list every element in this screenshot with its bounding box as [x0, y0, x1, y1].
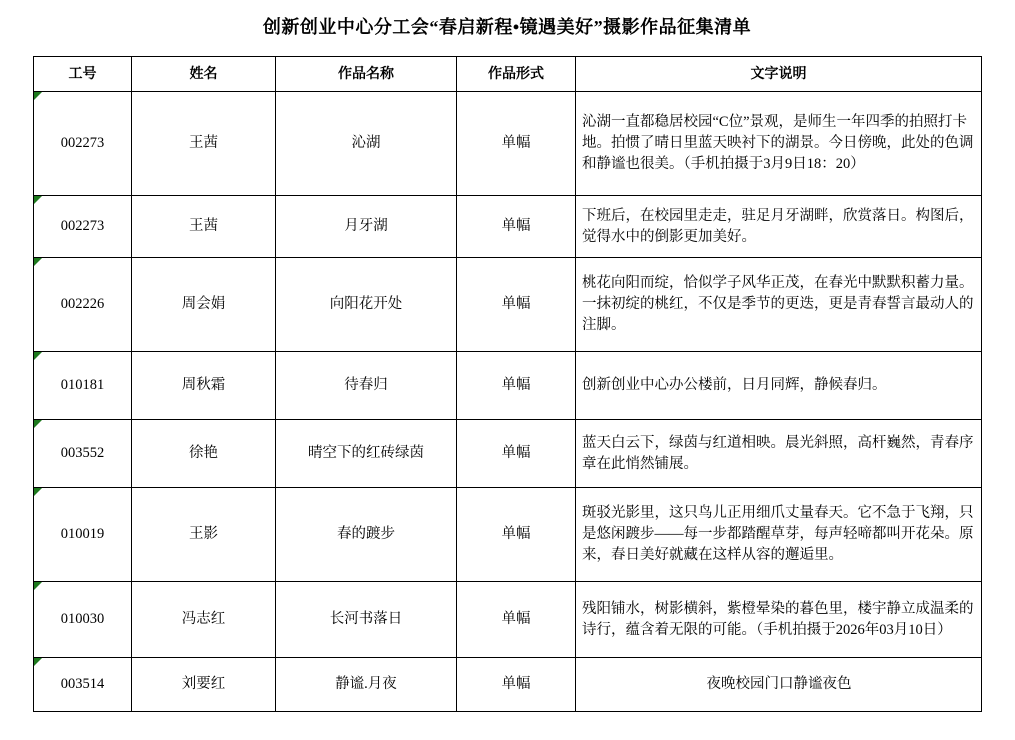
description-cell-text: 蓝天白云下，绿茵与红道相映。晨光斜照，高杆巍然，青春序章在此悄然铺展。 — [582, 435, 974, 472]
work-form-cell-text: 单幅 — [502, 526, 531, 542]
description-cell-text: 残阳铺水，树影横斜，紫橙晕染的暮色里，楼宇静立成温柔的诗行，蕴含着无限的可能。（… — [582, 601, 974, 638]
employee-id-cell: 010019 — [34, 488, 132, 582]
employee-id-cell-text: 010030 — [61, 611, 105, 627]
author-name-cell-text: 刘要红 — [182, 676, 226, 692]
description-cell: 残阳铺水，树影横斜，紫橙晕染的暮色里，楼宇静立成温柔的诗行，蕴含着无限的可能。（… — [576, 582, 982, 658]
employee-id-cell-text: 003552 — [61, 445, 105, 461]
employee-id-cell: 002273 — [34, 196, 132, 258]
table-header: 工号 姓名 作品名称 作品形式 文字说明 — [34, 57, 982, 92]
description-cell: 斑驳光影里，这只鸟儿正用细爪丈量春天。它不急于飞翔，只是悠闲踱步——每一步都踏醒… — [576, 488, 982, 582]
work-title-cell: 沁湖 — [276, 92, 457, 196]
work-form-cell-text: 单幅 — [502, 135, 531, 151]
employee-id-cell: 003552 — [34, 420, 132, 488]
author-name-cell: 周秋霜 — [132, 352, 276, 420]
work-form-cell-text: 单幅 — [502, 445, 531, 461]
author-name-cell: 刘要红 — [132, 658, 276, 712]
table-row: 010181周秋霜待春归单幅创新创业中心办公楼前，日月同辉，静候春归。 — [34, 352, 982, 420]
number-stored-as-text-indicator-icon — [34, 582, 42, 590]
employee-id-cell: 010030 — [34, 582, 132, 658]
work-form-cell-text: 单幅 — [502, 377, 531, 393]
work-title-cell: 春的踱步 — [276, 488, 457, 582]
author-name-cell-text: 王茜 — [189, 135, 218, 151]
description-cell: 下班后，在校园里走走，驻足月牙湖畔，欣赏落日。构图后，觉得水中的倒影更加美好。 — [576, 196, 982, 258]
employee-id-cell: 002273 — [34, 92, 132, 196]
author-name-cell: 王影 — [132, 488, 276, 582]
employee-id-cell: 002226 — [34, 258, 132, 352]
description-cell-text: 创新创业中心办公楼前，日月同辉，静候春归。 — [582, 377, 887, 393]
description-cell-text: 斑驳光影里，这只鸟儿正用细爪丈量春天。它不急于飞翔，只是悠闲踱步——每一步都踏醒… — [582, 505, 974, 563]
table-row: 002226周会娟向阳花开处单幅桃花向阳而绽，恰似学子风华正茂，在春光中默默积蓄… — [34, 258, 982, 352]
description-cell-text: 桃花向阳而绽，恰似学子风华正茂，在春光中默默积蓄力量。一抹初绽的桃红，不仅是季节… — [582, 275, 974, 333]
author-name-cell-text: 周会娟 — [182, 296, 226, 312]
work-form-cell: 单幅 — [457, 658, 576, 712]
number-stored-as-text-indicator-icon — [34, 352, 42, 360]
work-form-cell-text: 单幅 — [502, 611, 531, 627]
column-header-work-form: 作品形式 — [457, 57, 576, 92]
column-header-name: 姓名 — [132, 57, 276, 92]
description-cell: 夜晚校园门口静谧夜色 — [576, 658, 982, 712]
number-stored-as-text-indicator-icon — [34, 488, 42, 496]
work-title-cell: 静谧.月夜 — [276, 658, 457, 712]
column-header-work-title: 作品名称 — [276, 57, 457, 92]
employee-id-cell-text: 002273 — [61, 218, 105, 234]
author-name-cell-text: 王茜 — [189, 218, 218, 234]
description-cell-text: 下班后，在校园里走走，驻足月牙湖畔，欣赏落日。构图后，觉得水中的倒影更加美好。 — [582, 208, 974, 245]
table-body: 002273王茜沁湖单幅沁湖一直都稳居校园“C位”景观，是师生一年四季的拍照打卡… — [34, 92, 982, 712]
works-table: 工号 姓名 作品名称 作品形式 文字说明 002273王茜沁湖单幅沁湖一直都稳居… — [33, 56, 982, 712]
column-header-description: 文字说明 — [576, 57, 982, 92]
page-title: 创新创业中心分工会“春启新程•镜遇美好”摄影作品征集清单 — [33, 0, 981, 56]
author-name-cell-text: 周秋霜 — [182, 377, 226, 393]
table-row: 003514刘要红静谧.月夜单幅夜晚校园门口静谧夜色 — [34, 658, 982, 712]
author-name-cell: 王茜 — [132, 92, 276, 196]
work-title-cell: 向阳花开处 — [276, 258, 457, 352]
work-title-cell-text: 待春归 — [344, 377, 388, 393]
work-title-cell: 长河书落日 — [276, 582, 457, 658]
author-name-cell-text: 冯志红 — [182, 611, 226, 627]
work-title-cell-text: 晴空下的红砖绿茵 — [308, 445, 424, 461]
work-form-cell: 单幅 — [457, 488, 576, 582]
author-name-cell: 周会娟 — [132, 258, 276, 352]
work-title-cell: 待春归 — [276, 352, 457, 420]
employee-id-cell-text: 002273 — [61, 135, 105, 151]
author-name-cell: 冯志红 — [132, 582, 276, 658]
employee-id-cell-text: 002226 — [61, 296, 105, 312]
work-form-cell: 单幅 — [457, 582, 576, 658]
work-title-cell-text: 月牙湖 — [344, 218, 388, 234]
work-title-cell-text: 沁湖 — [352, 135, 381, 151]
work-title-cell-text: 静谧.月夜 — [335, 676, 397, 692]
header-row: 工号 姓名 作品名称 作品形式 文字说明 — [34, 57, 982, 92]
column-header-employee-id: 工号 — [34, 57, 132, 92]
document-page: 创新创业中心分工会“春启新程•镜遇美好”摄影作品征集清单 工号 姓名 作品名称 … — [0, 0, 1015, 740]
work-form-cell-text: 单幅 — [502, 218, 531, 234]
table-row: 002273王茜月牙湖单幅下班后，在校园里走走，驻足月牙湖畔，欣赏落日。构图后，… — [34, 196, 982, 258]
work-title-cell: 晴空下的红砖绿茵 — [276, 420, 457, 488]
description-cell-text: 沁湖一直都稳居校园“C位”景观，是师生一年四季的拍照打卡地。拍惯了晴日里蓝天映衬… — [582, 114, 974, 172]
table-row: 002273王茜沁湖单幅沁湖一直都稳居校园“C位”景观，是师生一年四季的拍照打卡… — [34, 92, 982, 196]
work-form-cell: 单幅 — [457, 258, 576, 352]
work-title-cell-text: 向阳花开处 — [330, 296, 403, 312]
work-form-cell-text: 单幅 — [502, 296, 531, 312]
employee-id-cell-text: 010019 — [61, 526, 105, 542]
work-form-cell: 单幅 — [457, 196, 576, 258]
work-form-cell: 单幅 — [457, 92, 576, 196]
author-name-cell: 王茜 — [132, 196, 276, 258]
number-stored-as-text-indicator-icon — [34, 258, 42, 266]
author-name-cell-text: 王影 — [189, 526, 218, 542]
description-cell: 创新创业中心办公楼前，日月同辉，静候春归。 — [576, 352, 982, 420]
work-form-cell: 单幅 — [457, 352, 576, 420]
description-cell: 蓝天白云下，绿茵与红道相映。晨光斜照，高杆巍然，青春序章在此悄然铺展。 — [576, 420, 982, 488]
employee-id-cell: 003514 — [34, 658, 132, 712]
description-cell: 桃花向阳而绽，恰似学子风华正茂，在春光中默默积蓄力量。一抹初绽的桃红，不仅是季节… — [576, 258, 982, 352]
number-stored-as-text-indicator-icon — [34, 658, 42, 666]
employee-id-cell-text: 003514 — [61, 676, 105, 692]
author-name-cell: 徐艳 — [132, 420, 276, 488]
description-cell-text: 夜晚校园门口静谧夜色 — [707, 676, 852, 692]
table-row: 010019王影春的踱步单幅斑驳光影里，这只鸟儿正用细爪丈量春天。它不急于飞翔，… — [34, 488, 982, 582]
table-row: 010030冯志红长河书落日单幅残阳铺水，树影横斜，紫橙晕染的暮色里，楼宇静立成… — [34, 582, 982, 658]
author-name-cell-text: 徐艳 — [189, 445, 218, 461]
work-form-cell: 单幅 — [457, 420, 576, 488]
work-title-cell: 月牙湖 — [276, 196, 457, 258]
work-form-cell-text: 单幅 — [502, 676, 531, 692]
employee-id-cell-text: 010181 — [61, 377, 105, 393]
work-title-cell-text: 春的踱步 — [337, 526, 395, 542]
work-title-cell-text: 长河书落日 — [330, 611, 403, 627]
number-stored-as-text-indicator-icon — [34, 196, 42, 204]
table-row: 003552徐艳晴空下的红砖绿茵单幅蓝天白云下，绿茵与红道相映。晨光斜照，高杆巍… — [34, 420, 982, 488]
description-cell: 沁湖一直都稳居校园“C位”景观，是师生一年四季的拍照打卡地。拍惯了晴日里蓝天映衬… — [576, 92, 982, 196]
number-stored-as-text-indicator-icon — [34, 420, 42, 428]
number-stored-as-text-indicator-icon — [34, 92, 42, 100]
employee-id-cell: 010181 — [34, 352, 132, 420]
